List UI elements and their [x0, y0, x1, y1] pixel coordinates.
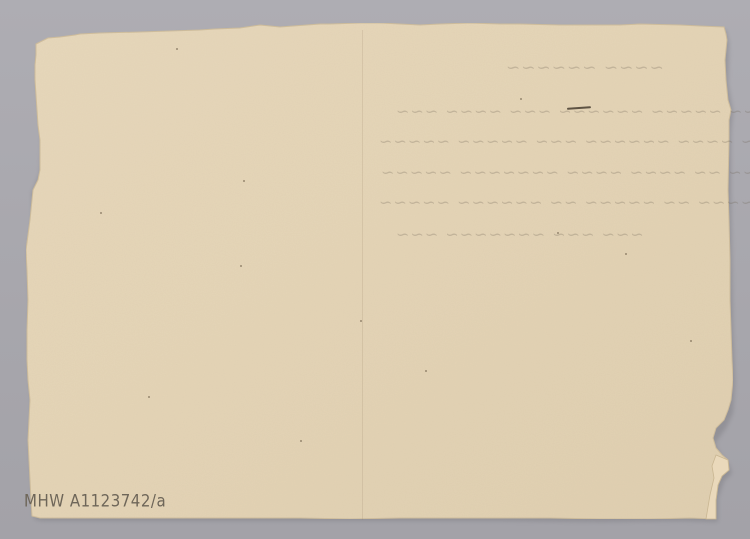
- paper-speck: [625, 253, 627, 255]
- paper-speck: [425, 370, 427, 372]
- paper-speck: [520, 98, 522, 100]
- paper-speck: [690, 340, 692, 342]
- torn-paper-sheet: [0, 0, 750, 539]
- paper-speck: [240, 265, 242, 267]
- paper-speck: [557, 232, 559, 234]
- catalog-number: MHW A1123742/a: [24, 491, 166, 512]
- paper-speck: [100, 212, 102, 214]
- paper-speck: [300, 440, 302, 442]
- paper-speck: [243, 180, 245, 182]
- center-fold-crease: [362, 30, 363, 520]
- scan-background: ~~~~ ~~~~~~ ~~~ ~~~~~ ~~~~~~ ~~~ ~~~~ ~~…: [0, 0, 750, 539]
- paper-speck: [176, 48, 178, 50]
- paper-speck: [360, 320, 362, 322]
- paper-speck: [148, 396, 150, 398]
